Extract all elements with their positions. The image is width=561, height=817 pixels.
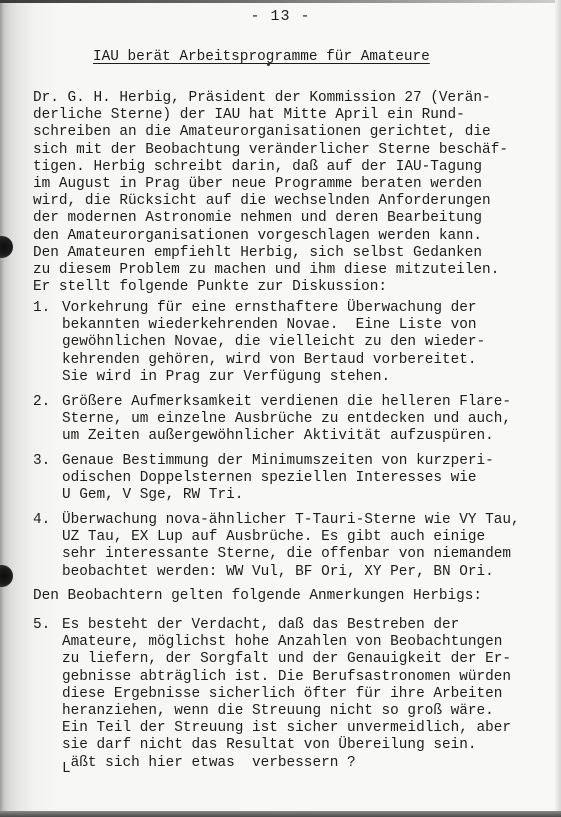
text-line: zu liefern, der Sorgfalt und der Genauig…	[62, 651, 511, 668]
text-line: U Gem, V Sge, RW Tri.	[62, 487, 494, 504]
scanned-page: - 13 - IAU berät Arbeitsprogramme für Am…	[0, 0, 561, 817]
text-line: odischen Doppelsternen speziellen Intere…	[62, 470, 494, 487]
article-title: IAU berät Arbeitsprogramme für Amateure	[93, 49, 430, 65]
text-line: Sterne, um einzelne Ausbrüche zu entdeck…	[62, 411, 511, 428]
point-number: 4.	[33, 512, 50, 529]
text-line: kehrenden gehören, wird von Bertaud vorb…	[62, 352, 485, 369]
text-line: Überwachung nova-ähnlicher T-Tauri-Stern…	[62, 512, 520, 529]
text-line: Dr. G. H. Herbig, Präsident der Kommissi…	[33, 90, 508, 107]
observers-note: Den Beobachtern gelten folgende Anmerkun…	[33, 588, 482, 605]
text-line: Vorkehrung für eine ernsthaftere Überwac…	[62, 300, 485, 317]
point-body: Genaue Bestimmung der Minimumszeiten von…	[62, 453, 494, 505]
point-number: 5.	[33, 617, 50, 634]
closing-question: Läßt sich hier etwas verbessern ?	[62, 755, 511, 772]
text-line: der modernen Astronomie nehmen und deren…	[33, 210, 508, 227]
punch-hole-icon	[0, 236, 13, 258]
text-line: bekannten wiederkehrenden Novae. Eine Li…	[62, 317, 485, 334]
text-line: tigen. Herbig schreibt darin, daß auf de…	[33, 159, 508, 176]
text-line: Amateure, möglichst hohe Anzahlen von Be…	[62, 634, 511, 651]
text-line: Den Amateuren empfiehlt Herbig, sich sel…	[33, 245, 508, 262]
text-line: gebnisse abträglich ist. Die Berufsastro…	[62, 669, 511, 686]
scan-bottom-edge	[0, 811, 561, 817]
point-number: 1.	[33, 300, 50, 317]
point-body: Überwachung nova-ähnlicher T-Tauri-Stern…	[62, 512, 520, 581]
point-body: Vorkehrung für eine ernsthaftere Überwac…	[62, 300, 485, 386]
text-line: derliche Sterne) der IAU hat Mitte April…	[33, 107, 508, 124]
text-line: heranziehen, wenn die Streuung nicht so …	[62, 703, 511, 720]
point-body: Es besteht der Verdacht, daß das Bestreb…	[62, 617, 511, 772]
point-number: 2.	[33, 394, 50, 411]
text-line: zu diesem Problem zu machen und ihm dies…	[33, 262, 508, 279]
text-line: wird, die Rücksicht auf die wechselnden …	[33, 193, 508, 210]
text-line: Ein Teil der Streuung ist sicher unverme…	[62, 720, 511, 737]
stray-mark	[267, 63, 270, 66]
text-line: Größere Aufmerksamkeit verdienen die hel…	[62, 394, 511, 411]
text-line: gewöhnlichen Novae, die vielleicht zu de…	[62, 334, 485, 351]
text-line: Es besteht der Verdacht, daß das Bestreb…	[62, 617, 511, 634]
text-line: Er stellt folgende Punkte zur Diskussion…	[33, 279, 508, 296]
misaligned-initial: L	[62, 761, 71, 777]
point-body: Größere Aufmerksamkeit verdienen die hel…	[62, 394, 511, 446]
text-line: sie darf nicht das Resultat von Übereilu…	[62, 737, 511, 754]
scan-top-edge	[0, 0, 561, 3]
punch-hole-icon	[0, 565, 13, 587]
text-line: um Zeiten außergewöhnlicher Aktivität au…	[62, 428, 511, 445]
text-line: beobachtet werden: WW Vul, BF Ori, XY Pe…	[62, 564, 520, 581]
text-line: im August in Prag über neue Programme be…	[33, 176, 508, 193]
text-line: diese Ergebnisse sicherlich öfter für ih…	[62, 686, 511, 703]
text-line: sehr interessante Sterne, die offenbar v…	[62, 546, 520, 563]
text-line: Sie wird in Prag zur Verfügung stehen.	[62, 369, 485, 386]
text-line: den Amateurorganisationen vorgeschlagen …	[33, 228, 508, 245]
text-line: schreiben an die Amateurorganisationen g…	[33, 124, 508, 141]
closing-question-text: äßt sich hier etwas verbessern ?	[71, 755, 356, 771]
point-number: 3.	[33, 453, 50, 470]
observers-note-paragraph: Den Beobachtern gelten folgende Anmerkun…	[33, 588, 482, 605]
page-number: - 13 -	[0, 8, 561, 25]
text-line: Genaue Bestimmung der Minimumszeiten von…	[62, 453, 494, 470]
scan-right-edge	[555, 0, 561, 817]
intro-paragraph: Dr. G. H. Herbig, Präsident der Kommissi…	[33, 90, 508, 296]
text-line: sich mit der Beobachtung veränderlicher …	[33, 142, 508, 159]
text-line: UZ Tau, EX Lup auf Ausbrüche. Es gibt au…	[62, 529, 520, 546]
